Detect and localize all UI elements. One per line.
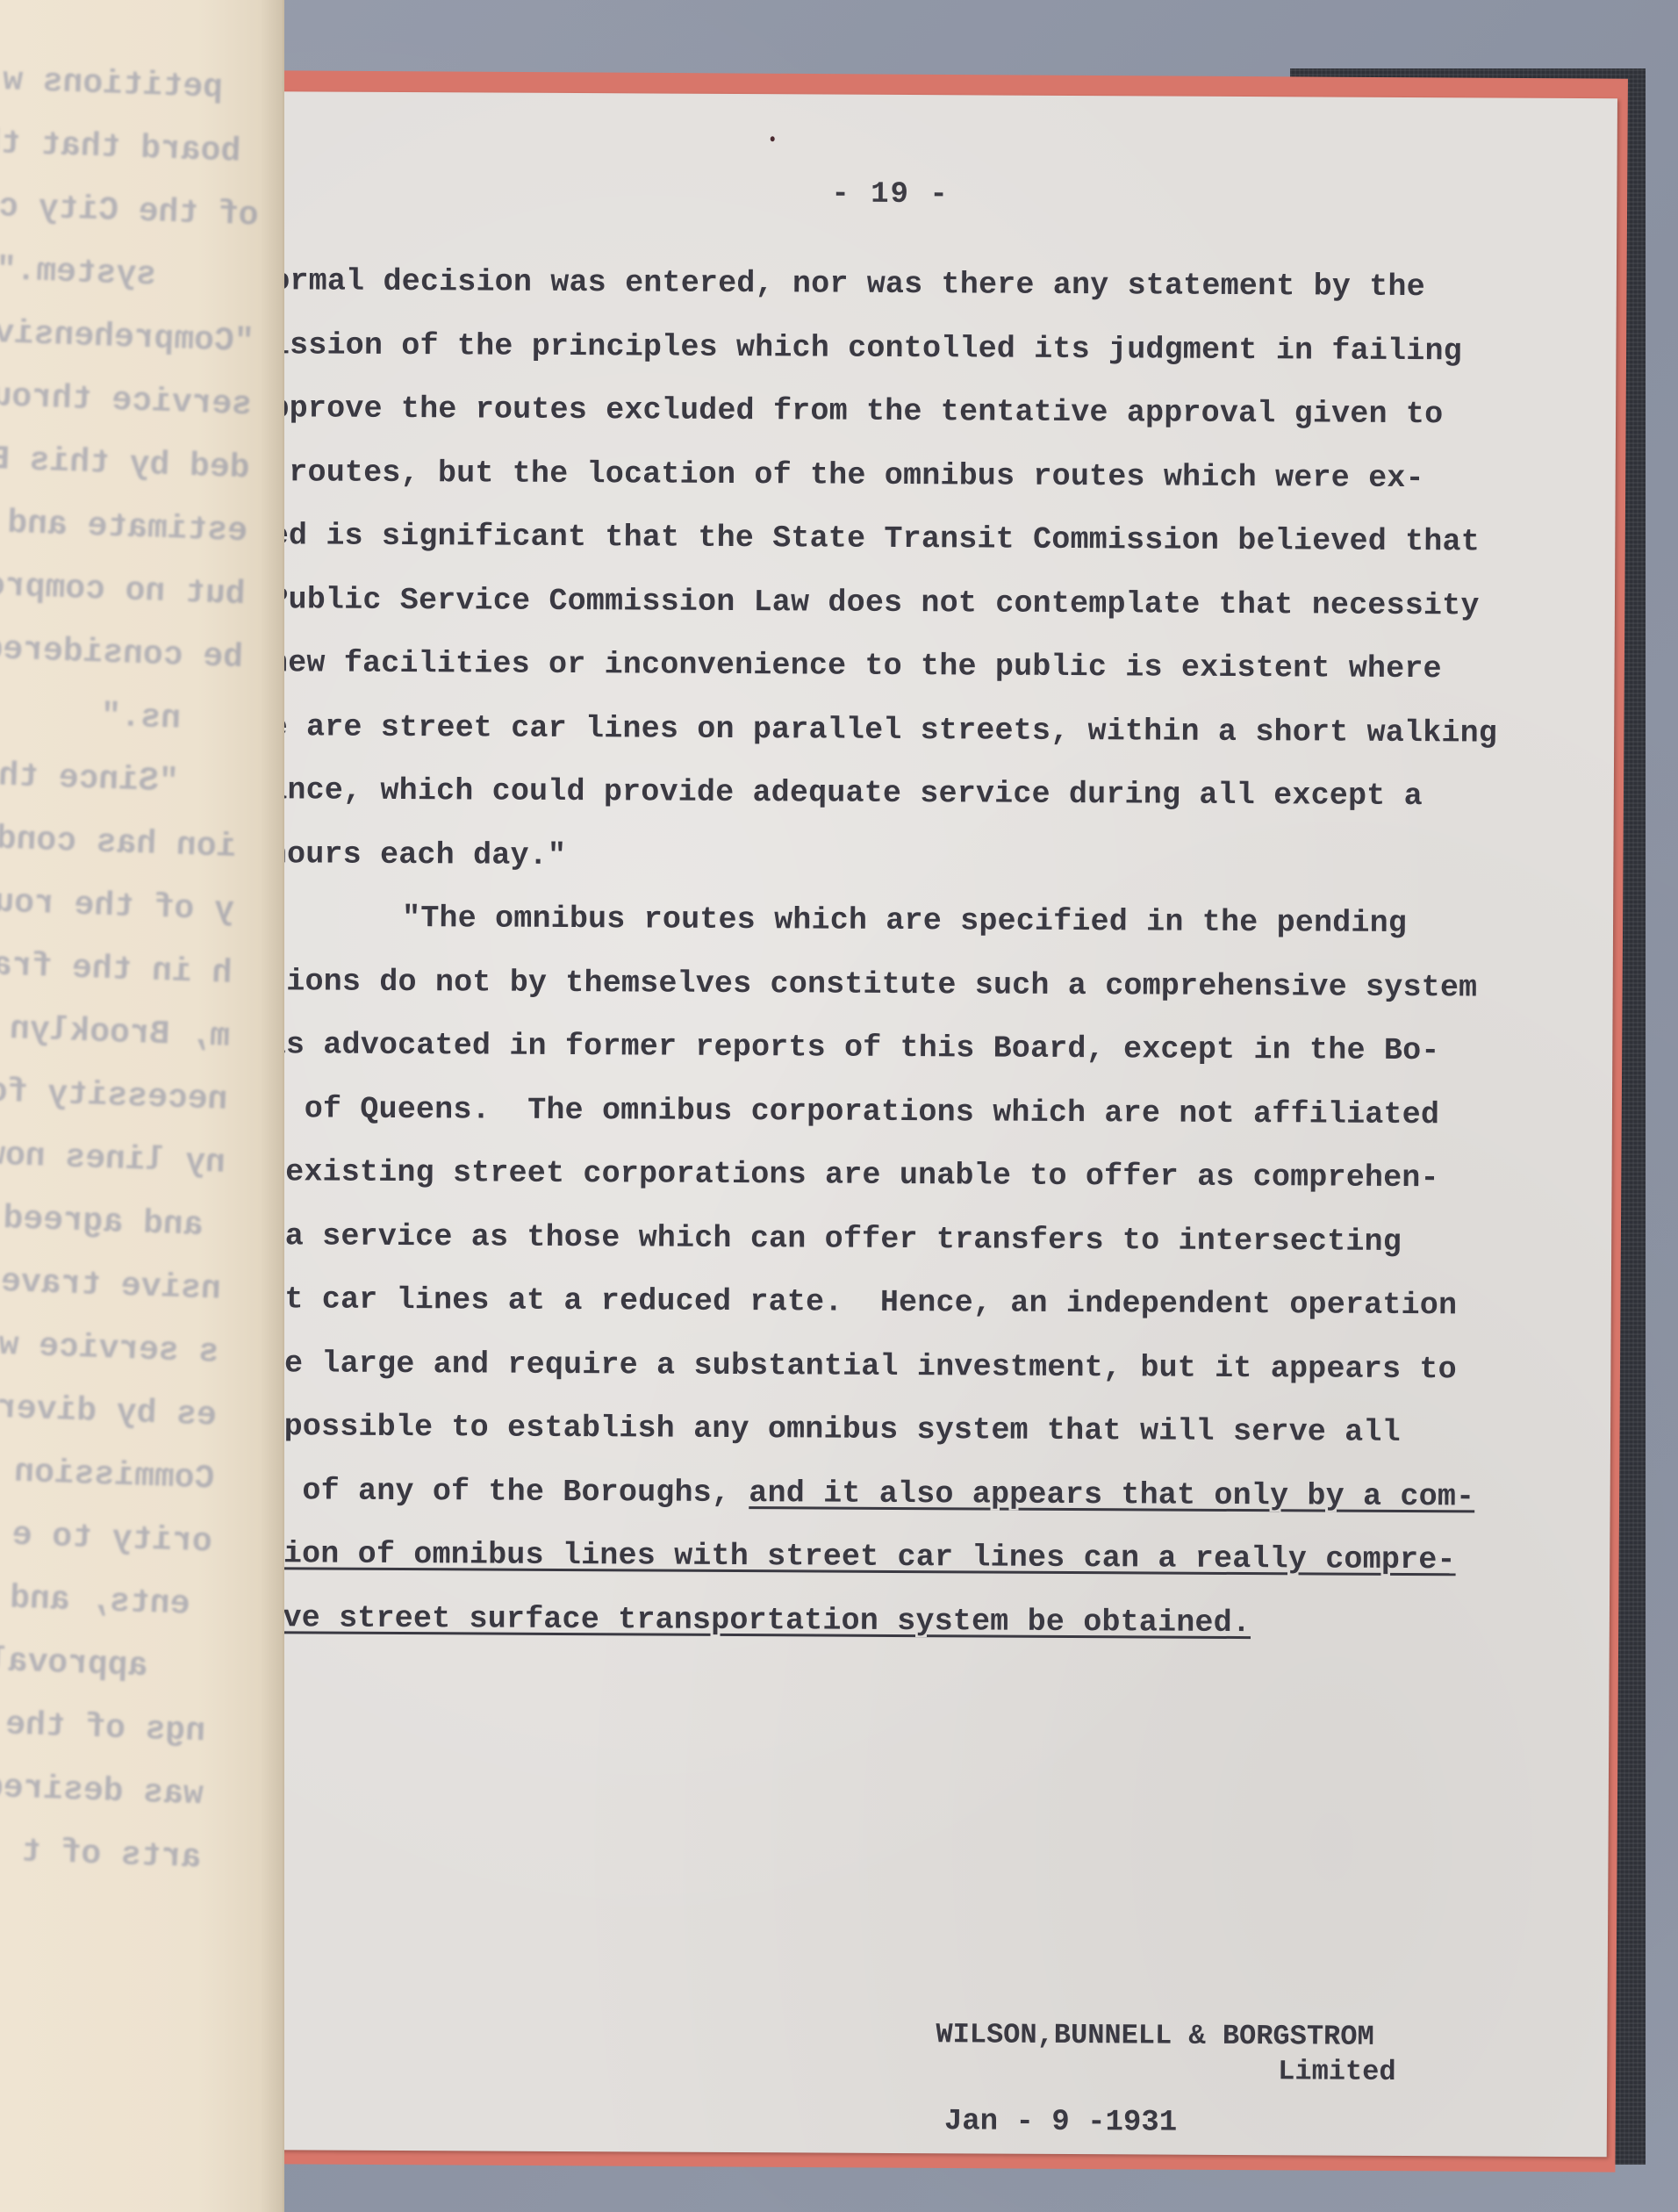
bleed-through-line: board that th [0,110,284,186]
text-line: formal decision was entered, nor was the… [234,249,1603,320]
text-line-content: impossible to establish any omnibus syst… [228,1409,1401,1450]
bleed-through-line: es by divert [0,1373,258,1449]
bleed-through-line: ded by this Bo [0,426,284,502]
bleed-through-text: w petitions w board that th of the City … [0,47,284,1892]
bleed-through-line: service throug [0,363,284,439]
underlined-emphasis: and it also appears that only by a com- [749,1476,1474,1514]
bleed-through-line: estimate and [0,489,284,565]
text-line: stance, which could provide adequate ser… [232,758,1601,829]
text-line: th existing street corporations are unab… [229,1140,1598,1211]
text-line: me routes, but the location of the omnib… [233,440,1603,511]
text-line: rts of any of the Boroughs, and it also … [227,1458,1596,1529]
underlined-emphasis: nsive street surface transportation syst… [227,1599,1251,1640]
bleed-through-line: ny lines now [0,1120,267,1196]
text-line-content: ugh of Queens. The omnibus corporations … [230,1090,1439,1131]
text-line-content: was advocated in former reports of this … [230,1027,1439,1068]
text-line: ugh of Queens. The omnibus corporations … [230,1076,1599,1147]
document-date: Jan - 9 -1931 [944,2105,1177,2139]
bleed-through-line: "Since the [0,742,280,818]
text-line-content: stance, which could provide adequate ser… [232,772,1423,814]
text-line: titions do not by themselves constitute … [231,949,1600,1020]
page-body-text: formal decision was entered, nor was the… [227,249,1603,1656]
bleed-through-line: of the City co [0,173,284,249]
bleed-through-line: be considered [0,615,284,692]
bleed-through-line: ion has conduc [0,805,277,881]
ink-speck [771,136,775,141]
bleed-through-line: "Comprehensive [0,299,284,376]
text-line: was advocated in former reports of this … [230,1013,1599,1084]
signature-firm: WILSON,BUNNELL & BORGSTROM [936,2017,1396,2055]
text-line: mmission of the principles which contoll… [233,312,1603,384]
bleed-through-line: was desired [0,1752,244,1828]
text-line: approve the routes excluded from the ten… [233,377,1603,448]
text-line: e Public Service Commission Law does not… [233,567,1602,638]
text-line-content: ere are street car lines on parallel str… [232,708,1497,750]
text-line: "The omnibus routes which are specified … [231,886,1600,957]
bleed-through-line: h in the franc [0,931,273,1008]
text-line-content: r new facilities or inconvenience to the… [232,645,1441,686]
text-line-content: reet car lines at a reduced rate. Hence,… [229,1282,1458,1323]
text-line-content: y be large and require a substantial inv… [228,1345,1457,1386]
facing-page: w petitions w board that th of the City … [0,0,284,2212]
text-line: nsive street surface transportation syst… [227,1585,1596,1656]
bleed-through-line: ns." [0,679,282,755]
bleed-through-line: ority to e [0,1499,254,1576]
text-line: w hours each day." [231,822,1600,893]
signature-suffix: Limited [936,2052,1396,2090]
text-line-content: uded is significant that the State Trans… [233,518,1480,559]
bleed-through-line: necessity for [0,1057,269,1133]
text-line: y be large and require a substantial inv… [228,1331,1597,1402]
text-line-content: formal decision was entered, nor was the… [234,263,1425,305]
text-line: ere are street car lines on parallel str… [232,694,1601,765]
bleed-through-line: approval. [0,1626,248,1702]
text-line: nation of omnibus lines with street car … [227,1522,1596,1593]
bleed-through-line: y of the route [0,868,276,944]
text-line: uded is significant that the State Trans… [233,504,1602,575]
text-line: impossible to establish any omnibus syst… [228,1395,1597,1466]
underlined-emphasis: nation of omnibus lines with street car … [227,1536,1456,1577]
text-line: r new facilities or inconvenience to the… [232,631,1601,702]
text-line-content: ve a service as those which can offer tr… [229,1217,1402,1259]
bleed-through-line: s service whi [0,1310,260,1386]
text-line-content: me routes, but the location of the omnib… [233,454,1424,495]
text-line-content: th existing street corporations are unab… [229,1154,1438,1196]
bleed-through-line: nsive travel [0,1246,262,1323]
bleed-through-line: m, Brooklyn a [0,994,271,1070]
bleed-through-line: and agreed t [0,1183,264,1260]
typed-page: - 19 - formal decision was entered, nor … [225,91,1617,2157]
text-line-content: e Public Service Commission Law does not… [233,581,1480,622]
bleed-through-line: system." [0,236,284,312]
bleed-through-line: w petitions w [0,47,284,123]
bleed-through-line: arts of t [0,1815,242,1892]
text-line-content: mmission of the principles which contoll… [233,327,1462,368]
signature-block: WILSON,BUNNELL & BORGSTROM Limited [936,2017,1396,2090]
text-line-content: approve the routes excluded from the ten… [233,391,1443,432]
text-line: reet car lines at a reduced rate. Hence,… [229,1268,1598,1339]
text-line-content: rts of any of the Boroughs, [228,1472,749,1510]
bleed-through-line: Commission t [0,1436,255,1512]
text-line-content: "The omnibus routes which are specified … [402,901,1407,941]
bleed-through-line: ents, and al [0,1562,251,1639]
page-number: - 19 - [831,178,950,212]
bleed-through-line: but no compre [0,552,284,628]
text-line-content: titions do not by themselves constitute … [231,963,1478,1004]
text-line: ve a service as those which can offer tr… [229,1203,1598,1275]
bleed-through-line: ngs of the p [0,1689,247,1765]
